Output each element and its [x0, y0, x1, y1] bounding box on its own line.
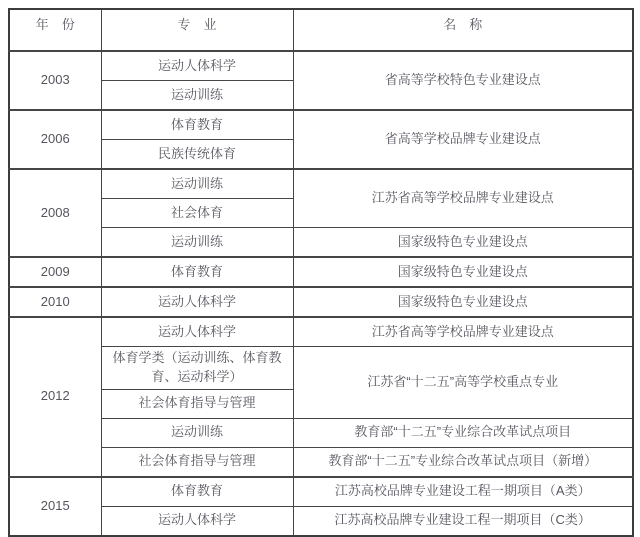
major-cell: 运动训练: [101, 81, 293, 111]
table-row: 2010 运动人体科学 国家级特色专业建设点: [9, 287, 633, 317]
header-name: 名 称: [293, 9, 633, 51]
majors-table: 年 份 专 业 名 称 2003 运动人体科学 省高等学校特色专业建设点 运动训…: [8, 8, 634, 537]
name-cell: 国家级特色专业建设点: [293, 257, 633, 287]
table-row: 2006 体育教育 省高等学校品牌专业建设点: [9, 110, 633, 140]
name-cell: 江苏省高等学校品牌专业建设点: [293, 317, 633, 347]
name-cell: 江苏高校品牌专业建设工程一期项目（A类）: [293, 477, 633, 507]
name-cell: 江苏省“十二五”高等学校重点专业: [293, 347, 633, 419]
table-row: 2012 运动人体科学 江苏省高等学校品牌专业建设点: [9, 317, 633, 347]
header-year: 年 份: [9, 9, 101, 51]
header-major: 专 业: [101, 9, 293, 51]
header-row: 年 份 专 业 名 称: [9, 9, 633, 51]
major-cell: 运动训练: [101, 228, 293, 258]
name-cell: 省高等学校品牌专业建设点: [293, 110, 633, 169]
name-cell: 国家级特色专业建设点: [293, 287, 633, 317]
table-row: 2015 体育教育 江苏高校品牌专业建设工程一期项目（A类）: [9, 477, 633, 507]
name-cell: 教育部“十二五”专业综合改革试点项目（新增）: [293, 447, 633, 477]
year-cell: 2006: [9, 110, 101, 169]
table-row: 体育学类（运动训练、体育教育、运动科学） 江苏省“十二五”高等学校重点专业: [9, 347, 633, 390]
year-cell: 2009: [9, 257, 101, 287]
major-cell: 运动人体科学: [101, 287, 293, 317]
name-cell: 国家级特色专业建设点: [293, 228, 633, 258]
year-cell: 2010: [9, 287, 101, 317]
major-cell: 社会体育: [101, 199, 293, 228]
major-cell: 运动人体科学: [101, 51, 293, 81]
major-cell: 运动人体科学: [101, 317, 293, 347]
table-row: 社会体育指导与管理 教育部“十二五”专业综合改革试点项目（新增）: [9, 447, 633, 477]
major-cell: 体育学类（运动训练、体育教育、运动科学）: [101, 347, 293, 390]
year-cell: 2008: [9, 169, 101, 257]
major-cell: 运动训练: [101, 418, 293, 447]
major-cell: 体育教育: [101, 477, 293, 507]
name-cell: 省高等学校特色专业建设点: [293, 51, 633, 110]
year-cell: 2003: [9, 51, 101, 110]
table-row: 运动训练 教育部“十二五”专业综合改革试点项目: [9, 418, 633, 447]
name-cell: 教育部“十二五”专业综合改革试点项目: [293, 418, 633, 447]
table-row: 2003 运动人体科学 省高等学校特色专业建设点: [9, 51, 633, 81]
year-cell: 2015: [9, 477, 101, 536]
name-cell: 江苏省高等学校品牌专业建设点: [293, 169, 633, 228]
major-cell: 社会体育指导与管理: [101, 447, 293, 477]
major-cell: 运动人体科学: [101, 506, 293, 536]
major-cell: 民族传统体育: [101, 140, 293, 170]
major-cell: 运动训练: [101, 169, 293, 199]
table-row: 运动训练 国家级特色专业建设点: [9, 228, 633, 258]
page: 年 份 专 业 名 称 2003 运动人体科学 省高等学校特色专业建设点 运动训…: [0, 0, 640, 485]
major-cell: 体育教育: [101, 257, 293, 287]
name-cell: 江苏高校品牌专业建设工程一期项目（C类）: [293, 506, 633, 536]
table-row: 2009 体育教育 国家级特色专业建设点: [9, 257, 633, 287]
major-cell: 体育教育: [101, 110, 293, 140]
table-row: 2008 运动训练 江苏省高等学校品牌专业建设点: [9, 169, 633, 199]
year-cell: 2012: [9, 317, 101, 477]
major-cell: 社会体育指导与管理: [101, 389, 293, 418]
table-row: 运动人体科学 江苏高校品牌专业建设工程一期项目（C类）: [9, 506, 633, 536]
